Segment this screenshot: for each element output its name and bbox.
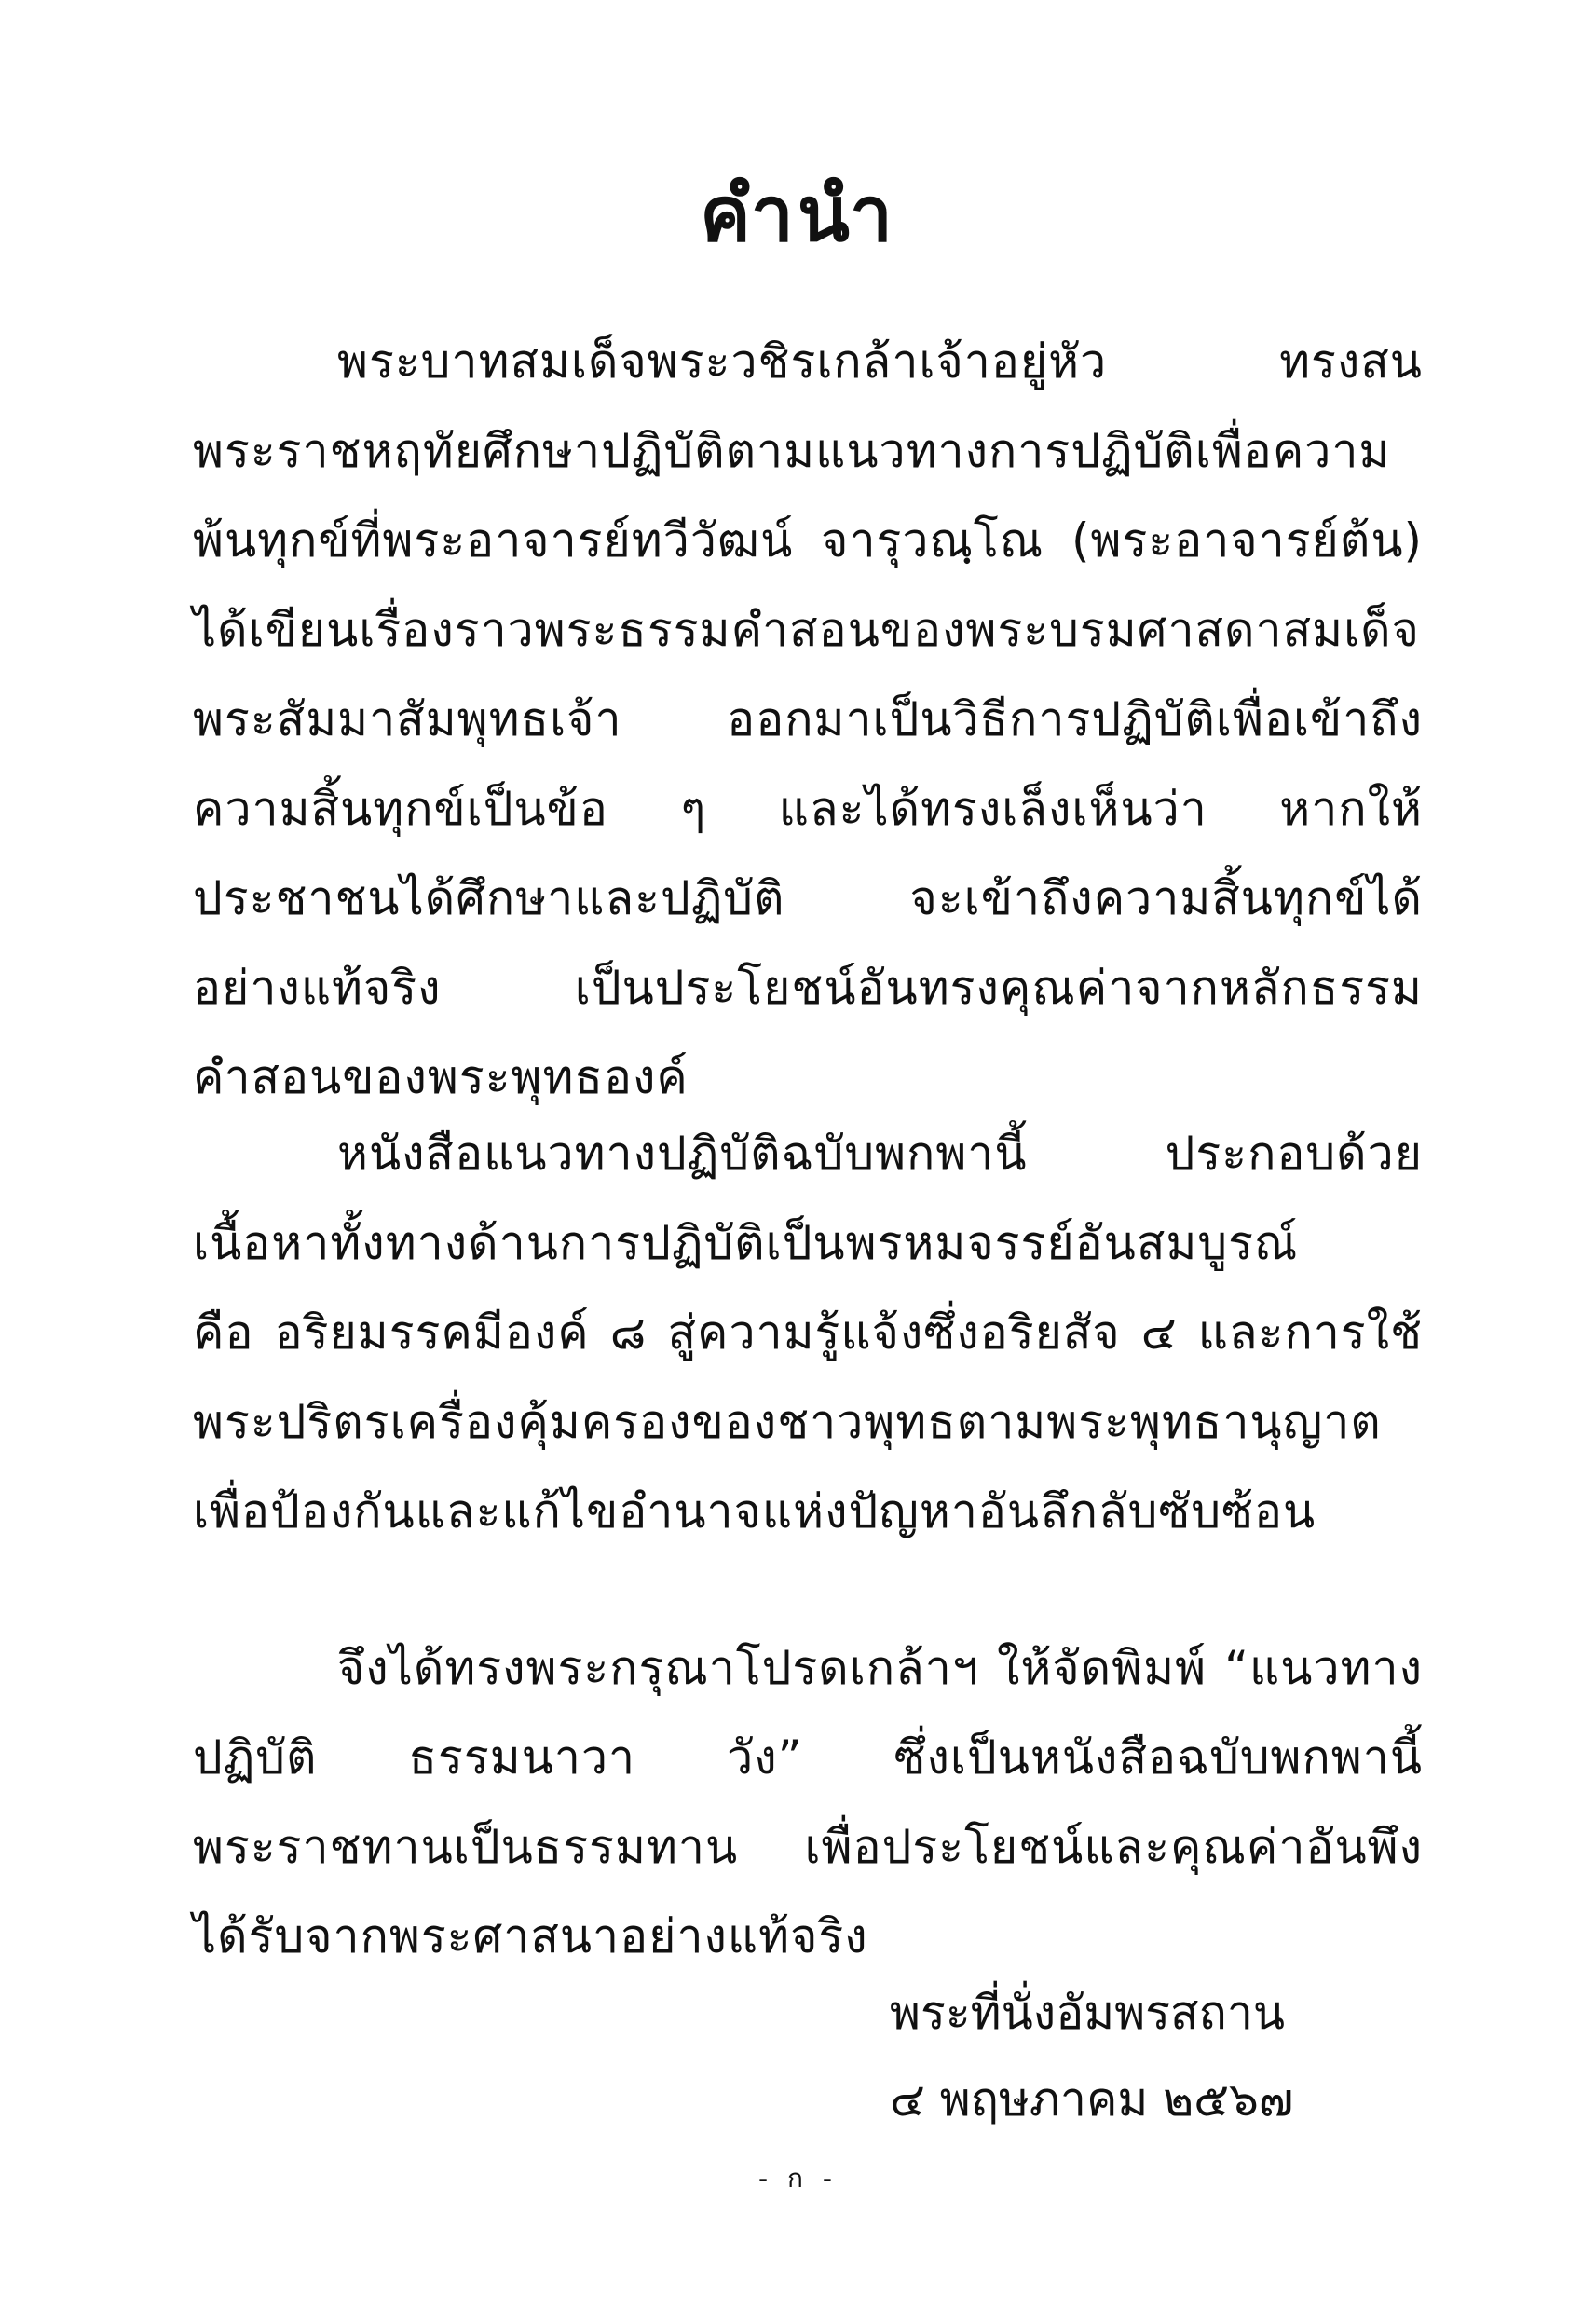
paragraph-line: พระปริตรเครื่องคุ้มครองของชาวพุทธตามพระพ… <box>193 1377 1423 1467</box>
paragraph-line: หนังสือแนวทางปฏิบัติฉบับพกพานี้ ประกอบด้… <box>193 1109 1423 1198</box>
signature-date: ๔ พฤษภาคม ๒๕๖๗ <box>890 2055 1293 2144</box>
paragraph-line: ประชาชนได้ศึกษาและปฏิบัติ จะเข้าถึงความส… <box>193 854 1423 943</box>
paragraph-line: จึงได้ทรงพระกรุณาโปรดเกล้าฯ ให้จัดพิมพ์ … <box>193 1623 1423 1713</box>
document-page: คำนำ พระบาทสมเด็จพระวชิรเกล้าเจ้าอยู่หัว… <box>0 0 1596 2311</box>
paragraph-line: พระสัมมาสัมพุทธเจ้า ออกมาเป็นวิธีการปฏิบ… <box>193 675 1423 764</box>
paragraph-3: จึงได้ทรงพระกรุณาโปรดเกล้าฯ ให้จัดพิมพ์ … <box>193 1623 1423 1981</box>
paragraph-line: อย่างแท้จริง เป็นประโยชน์อันทรงคุณค่าจาก… <box>193 943 1423 1032</box>
paragraph-line: ความสิ้นทุกข์เป็นข้อ ๆ และได้ทรงเล็งเห็น… <box>193 764 1423 854</box>
paragraph-2: หนังสือแนวทางปฏิบัติฉบับพกพานี้ ประกอบด้… <box>193 1109 1423 1556</box>
paragraph-line: คือ อริยมรรคมีองค์ ๘ สู่ความรู้แจ้งซึ่งอ… <box>193 1288 1423 1377</box>
paragraph-line: ปฏิบัติ ธรรมนาวา วัง” ซึ่งเป็นหนังสือฉบั… <box>193 1713 1423 1802</box>
paragraph-line: พระราชทานเป็นธรรมทาน เพื่อประโยชน์และคุณ… <box>193 1802 1423 1892</box>
paragraph-line: พ้นทุกข์ที่พระอาจารย์ทวีวัฒน์ จารุวณฺโณ … <box>193 496 1423 585</box>
page-number: - ก - <box>0 2160 1596 2197</box>
paragraph-1: พระบาทสมเด็จพระวชิรเกล้าเจ้าอยู่หัว ทรงส… <box>193 317 1423 1122</box>
paragraph-line: ได้เขียนเรื่องราวพระธรรมคำสอนของพระบรมศา… <box>193 585 1423 675</box>
signature-place: พระที่นั่งอัมพรสถาน <box>890 1968 1285 2058</box>
paragraph-line: พระบาทสมเด็จพระวชิรเกล้าเจ้าอยู่หัว ทรงส… <box>193 317 1423 406</box>
paragraph-line: เพื่อป้องกันและแก้ไขอำนาจแห่งปัญหาอันลึก… <box>193 1467 1423 1556</box>
paragraph-line: พระราชหฤทัยศึกษาปฏิบัติตามแนวทางการปฏิบั… <box>193 406 1423 496</box>
page-title: คำนำ <box>0 163 1596 266</box>
paragraph-line: เนื้อหาทั้งทางด้านการปฏิบัติเป็นพรหมจรรย… <box>193 1198 1423 1288</box>
